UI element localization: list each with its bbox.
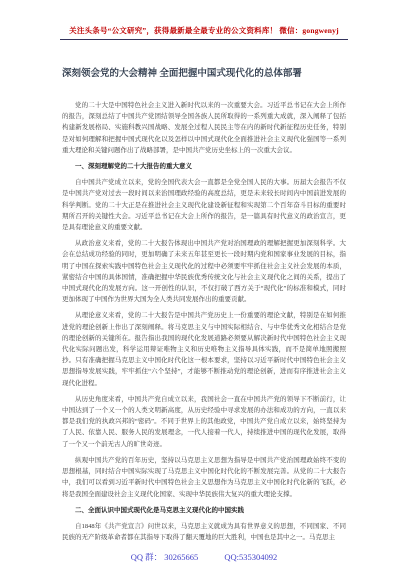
paragraph: 党的二十大是中国特色社会主义进入新时代以来的一次重要大会。习近平总书记在大会上所… [62,100,346,156]
paragraph: 从政治意义来看，党的二十大报告体现出中国共产党对治国理政的理解把握更加深刻科学。… [62,238,346,305]
qq-group-number: QQ 群： 30265665 [131,552,199,562]
section-heading-2: 二、全面认识中国式现代化是马克思主义现代化的中国实践 [62,505,346,516]
document-body: 党的二十大是中国特色社会主义进入新时代以来的一次重要大会。习近平总书记在大会上所… [62,100,346,548]
footer-contact: QQ 群： 30265665 QQ:535304092 [0,552,408,562]
section-heading-1: 一、深刻理解党的二十大报告的重大意义 [62,161,346,172]
qq-number: QQ:535304092 [224,552,277,562]
paragraph: 自1848年《共产党宣言》问世以来，马克思主义就成为具有世界意义的思想，不同国家… [62,521,346,543]
document-page: 关注头条号“公文研究”，获得最新最全最专业的公文资料库！ 微信：gongweny… [0,0,408,580]
document-title: 深刻领会党的大会精神 全面把握中国式现代化的总体部署 [62,68,358,80]
paragraph: 从理论意义来看，党的二十大报告是中国共产党历史上一份重要的理论文献，特别是在如何… [62,310,346,388]
paragraph: 纵观中国共产党的百年历史，坚持以马克思主义思想为指导是中国共产党治国理政始终不变… [62,455,346,500]
header-promo-notice: 关注头条号“公文研究”，获得最新最全最专业的公文资料库！ 微信：gongweny… [60,26,348,40]
paragraph: 从历史角度来看，中国共产党自成立以来，我国社会一直在中国共产党的领导下不断前行，… [62,394,346,450]
paragraph: 自中国共产党成立以来，党的全国代表大会一直都是全党全国人民的大事。历届大会报告不… [62,177,346,233]
